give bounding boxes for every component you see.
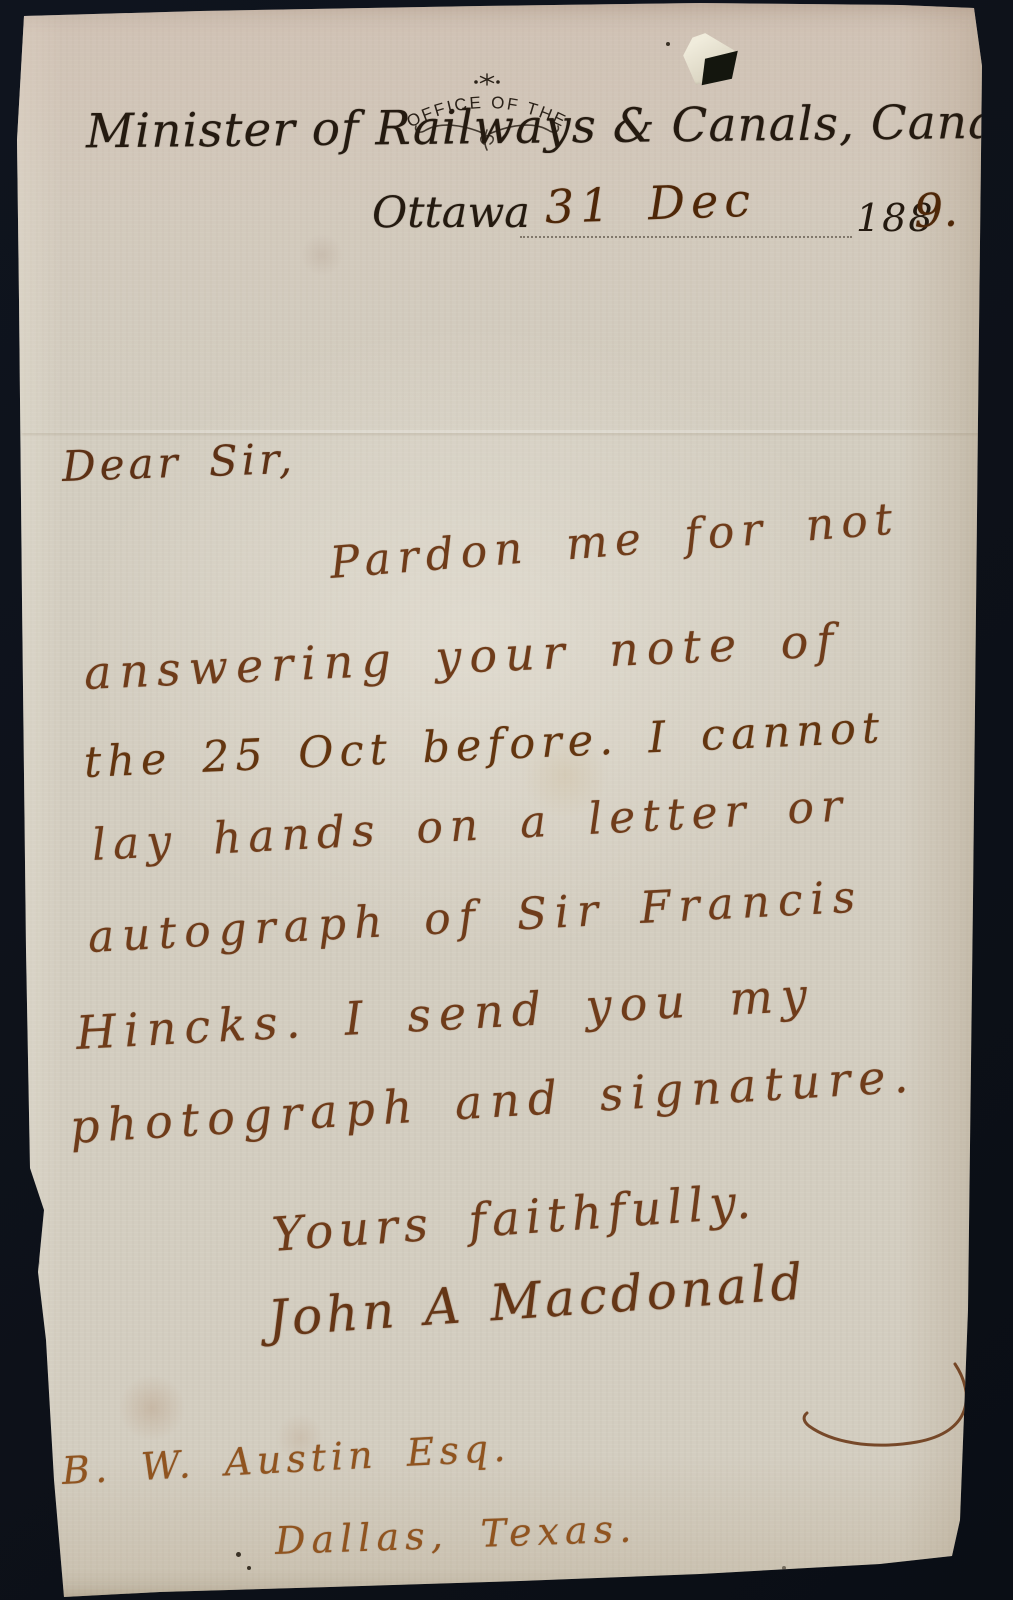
letter-photo: OFFICE OF THE Minister of Railways & Can… [0,0,1013,1600]
body-line: autograph of Sir Francis [87,875,864,960]
paper-sheet: OFFICE OF THE Minister of Railways & Can… [0,0,1013,1600]
paper-speck [666,42,670,46]
handwritten-year-digit: 9. [913,186,958,234]
body-line: photograph and signature. [69,1052,918,1150]
place-label: Ottawa [372,188,530,238]
signature: John A Macdonald [266,1256,808,1344]
body-line: lay hands on a letter or [91,784,850,868]
fold-crease [22,430,990,433]
dateline-dotted-rule [520,204,852,238]
paper-speck [247,1566,251,1570]
paper-speck [236,1552,241,1557]
body-line: answering your note of [83,617,842,696]
salutation: Dear Sir, [61,438,296,488]
paper-speck [782,1566,786,1570]
closing-line: Yours faithfully. [270,1178,758,1259]
recipient-name: B. W. Austin Esq. [61,1429,511,1490]
body-line: Pardon me for not [328,497,901,586]
ministry-title: Minister of Railways & Canals, Canada [86,100,926,156]
crest-star-icon [475,74,499,85]
edge-tear [26,1192,40,1270]
body-line: Hincks. I send you my [75,971,816,1056]
recipient-city: Dallas, Texas. [274,1509,637,1560]
signature-flourish-icon [795,1362,975,1458]
body-line: the 25 Oct before. I cannot [83,707,886,785]
